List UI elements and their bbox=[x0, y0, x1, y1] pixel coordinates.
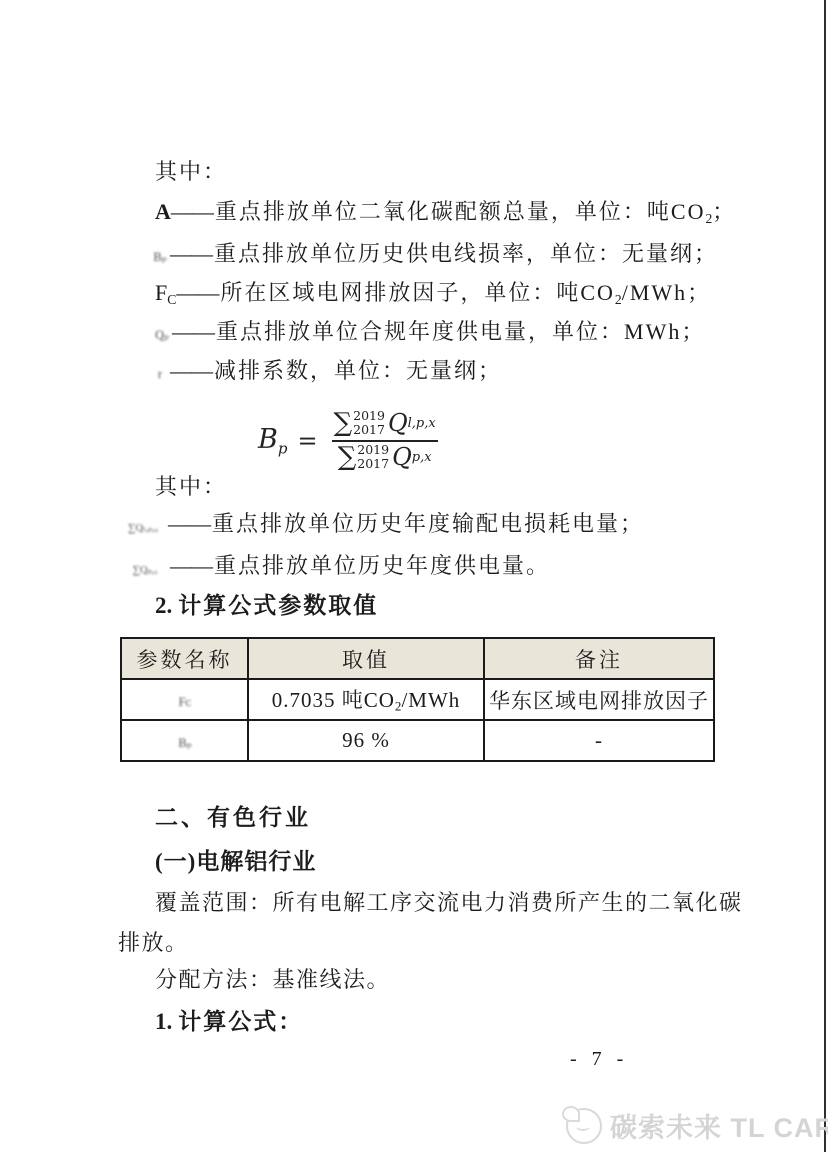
header-remark: 备注 bbox=[484, 638, 714, 679]
definition-line-sum-loss: ∑Qₗ,ₚ,ₓ——重点排放单位历史年度输配电损耗电量； bbox=[118, 507, 644, 538]
definition-text: 重点排放单位二氧化碳配额总量，单位：吨CO bbox=[215, 199, 706, 224]
definition-line-bp: Bₚ——重点排放单位历史供电线损率，单位：无量纲； bbox=[150, 237, 718, 268]
watermark-text: 碳索未来 TL CARBON bbox=[610, 1106, 828, 1145]
em-dash: —— bbox=[170, 358, 212, 383]
equals-sign: = bbox=[297, 427, 317, 455]
paragraph-scope-line1: 覆盖范围：所有电解工序交流电力消费所产生的二氧化碳 bbox=[155, 886, 743, 917]
paragraph-text: 覆盖范围：所有电解工序交流电力消费所产生的二氧化碳 bbox=[155, 890, 743, 915]
subscript-2: 2 bbox=[615, 292, 622, 307]
heading-text: 二、有色行业 bbox=[155, 805, 311, 830]
intro-text: 其中： bbox=[155, 159, 227, 184]
sigma-limits: 20192017 bbox=[357, 443, 389, 472]
sigma-symbol: ∑ bbox=[334, 410, 353, 436]
symbol-r-blurred: r bbox=[151, 366, 170, 381]
definition-text: 重点排放单位历史年度输配电损耗电量； bbox=[212, 511, 644, 536]
formula-bp: Bp = ∑ 20192017 Q l,p,x ∑ 20192017 Q p,x bbox=[258, 408, 442, 474]
definition-line-qp: Qₚ——重点排放单位合规年度供电量，单位：MWh； bbox=[152, 315, 705, 346]
fraction: ∑ 20192017 Q l,p,x ∑ 20192017 Q p,x bbox=[328, 408, 442, 474]
em-dash: —— bbox=[176, 280, 218, 305]
heading-text: 计算公式： bbox=[178, 1009, 303, 1034]
page-number: - 7 - bbox=[570, 1048, 628, 1071]
cell-remark: 华东区域电网排放因子 bbox=[484, 679, 714, 720]
table-row: Bₚ 96 % - bbox=[121, 720, 714, 761]
heading-number: 1. bbox=[155, 1009, 172, 1034]
header-value: 取值 bbox=[248, 638, 484, 679]
paragraph-text: 分配方法：基准线法。 bbox=[155, 967, 390, 992]
table-header-row: 参数名称 取值 备注 bbox=[121, 638, 714, 679]
symbol-f: F bbox=[155, 280, 167, 305]
paragraph-method: 分配方法：基准线法。 bbox=[155, 963, 390, 994]
symbol-sum-qlpx-blurred: ∑Qₗ,ₚ,ₓ bbox=[119, 521, 167, 533]
cell-value: 96 % bbox=[248, 720, 484, 761]
definition-text: 所在区域电网排放因子，单位：吨CO bbox=[220, 280, 615, 305]
intro-text: 其中： bbox=[155, 474, 227, 499]
cell-remark: - bbox=[484, 720, 714, 761]
header-param: 参数名称 bbox=[121, 638, 248, 679]
subsection-heading-aluminum: (一)电解铝行业 bbox=[155, 843, 316, 876]
q-variable: Q bbox=[388, 409, 408, 437]
cell-param: Fᴄ bbox=[121, 679, 248, 720]
q-subscript: p,x bbox=[412, 450, 432, 465]
symbol-sum-qpx-blurred: ∑Qₚ,ₓ bbox=[121, 563, 169, 575]
definition-text: 减排系数，单位：无量纲； bbox=[214, 358, 502, 383]
definition-line-fc: FC——所在区域电网排放因子，单位：吨CO2/MWh； bbox=[155, 276, 711, 308]
sigma-symbol: ∑ bbox=[338, 444, 357, 470]
block2-intro: 其中： bbox=[155, 470, 227, 501]
page-number-text: - 7 - bbox=[570, 1048, 628, 1070]
em-dash: —— bbox=[172, 319, 214, 344]
fraction-numerator: ∑ 20192017 Q l,p,x bbox=[328, 408, 442, 440]
heading-formula: 1.计算公式： bbox=[155, 1003, 303, 1036]
symbol-fc-blurred: Fᴄ bbox=[175, 694, 194, 709]
symbol-a: A bbox=[155, 199, 171, 224]
em-dash: —— bbox=[170, 553, 212, 578]
q-variable: Q bbox=[392, 443, 412, 471]
watermark: 碳索未来 TL CARBON bbox=[566, 1106, 828, 1145]
formula-lhs: Bp bbox=[258, 424, 287, 457]
fraction-denominator: ∑ 20192017 Q p,x bbox=[332, 440, 438, 474]
symbol-f-sub: C bbox=[167, 292, 176, 307]
symbol-qp-blurred: Qₚ bbox=[153, 327, 172, 342]
document-page: 其中： A——重点排放单位二氧化碳配额总量，单位：吨CO2； Bₚ——重点排放单… bbox=[0, 0, 828, 1169]
definition-tail: /MWh； bbox=[622, 280, 711, 305]
cell-param: Bₚ bbox=[121, 720, 248, 761]
em-dash: —— bbox=[170, 241, 212, 266]
heading-number: 2. bbox=[155, 593, 172, 618]
watermark-logo-icon bbox=[566, 1108, 602, 1144]
paragraph-scope-line2: 排放。 bbox=[118, 926, 189, 957]
parameters-table: 参数名称 取值 备注 Fᴄ 0.7035 吨CO2/MWh 华东区域电网排放因子… bbox=[120, 637, 715, 762]
definition-line-sum-supply: ∑Qₚ,ₓ——重点排放单位历史年度供电量。 bbox=[120, 549, 550, 580]
definition-tail: ； bbox=[712, 199, 736, 224]
definition-text: 重点排放单位历史供电线损率，单位：无量纲； bbox=[214, 241, 718, 266]
symbol-bp-blurred: Bₚ bbox=[151, 249, 170, 264]
q-subscript: l,p,x bbox=[408, 416, 436, 431]
em-dash: —— bbox=[168, 511, 210, 536]
definition-line-r: r——减排系数，单位：无量纲； bbox=[150, 354, 502, 385]
table-row: Fᴄ 0.7035 吨CO2/MWh 华东区域电网排放因子 bbox=[121, 679, 714, 720]
block1-intro: 其中： bbox=[155, 155, 227, 186]
definition-text: 重点排放单位合规年度供电量，单位：MWh； bbox=[216, 319, 705, 344]
sigma-limits: 20192017 bbox=[353, 409, 385, 438]
em-dash: —— bbox=[171, 199, 213, 224]
heading-text: 计算公式参数取值 bbox=[178, 593, 378, 618]
definition-line-a: A——重点排放单位二氧化碳配额总量，单位：吨CO2； bbox=[155, 195, 736, 227]
scan-edge-line bbox=[824, 0, 826, 1152]
paragraph-text: 排放。 bbox=[118, 930, 189, 955]
heading-text: (一)电解铝行业 bbox=[155, 849, 316, 874]
symbol-bp-blurred: Bₚ bbox=[175, 735, 194, 750]
heading-params: 2.计算公式参数取值 bbox=[155, 587, 378, 620]
cell-value: 0.7035 吨CO2/MWh bbox=[248, 679, 484, 720]
section-heading-nonferrous: 二、有色行业 bbox=[155, 799, 311, 832]
definition-text: 重点排放单位历史年度供电量。 bbox=[214, 553, 550, 578]
